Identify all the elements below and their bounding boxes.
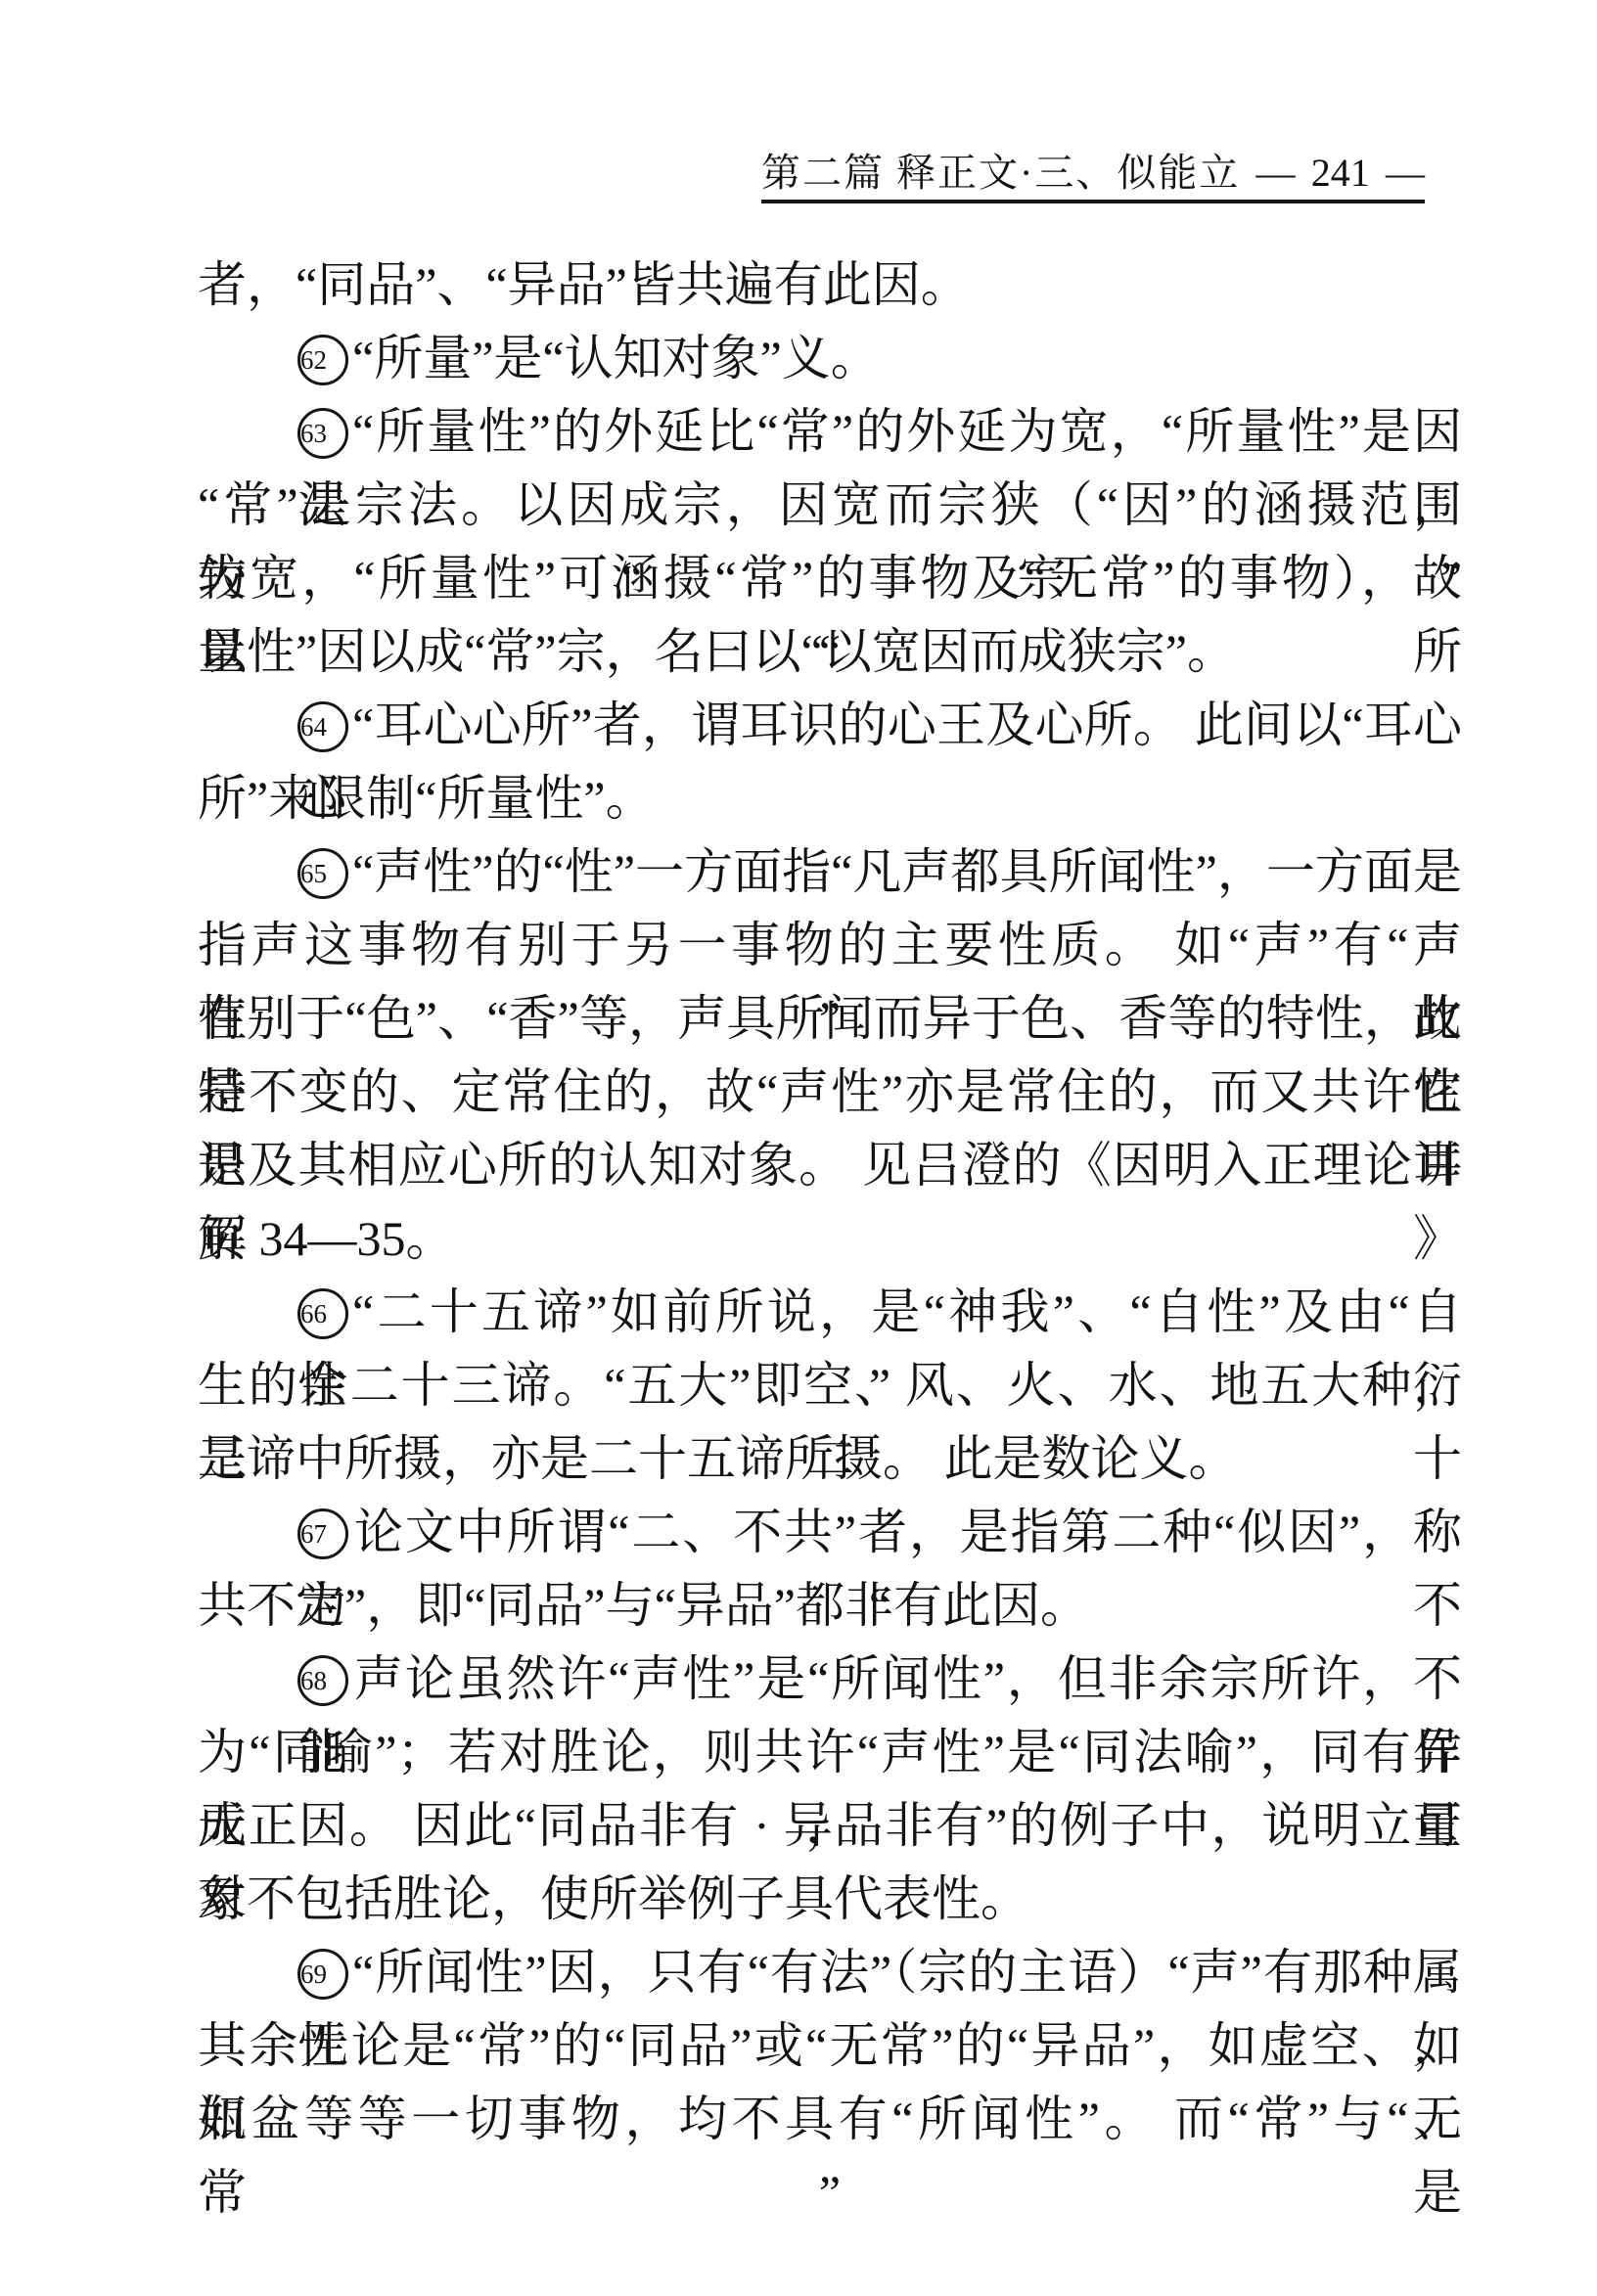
footnote-number-badge: 65	[297, 848, 348, 899]
text-line: 65“声性”的“性”一方面指“凡声都具所闻性”，一方面是	[198, 835, 1462, 909]
page-number: 241	[1311, 153, 1370, 194]
text-line: 62“所量”是“认知对象”义。	[198, 322, 1462, 395]
text-line-content: 共不定”，即“同品”与“异品”都非有此因。	[198, 1578, 1089, 1633]
text-line-content: 象不包括胜论，使所举例子具代表性。	[198, 1871, 1029, 1926]
text-line: 69“所闻性”因，只有“有法”（宗的主语）“声”有那种属性，	[198, 1936, 1462, 2009]
text-line: “常”是宗法。以因成宗，因宽而宗狭（“因”的涵摄范围较“宗”	[198, 469, 1462, 542]
text-line-content: 所”来限制“所量性”。	[198, 771, 655, 826]
text-line: 其余无论是“常”的“同品”或“无常”的“异品”，如虚空、如瓶、	[198, 2009, 1462, 2083]
text-line: 象不包括胜论，使所举例子具代表性。	[198, 1863, 1462, 1936]
section-title: 第二篇 释正文·三、似能立	[761, 153, 1240, 194]
text-line: 68声论虽然许“声性”是“所闻性”，但非余宗所许，不能作	[198, 1643, 1462, 1716]
text-line-content: “所量”是“认知对象”义。	[352, 331, 880, 385]
text-line: 为宽，“所量性”可涵摄“常”的事物及“无常”的事物），故以“所	[198, 542, 1462, 615]
text-line-content: 页 34—35。	[198, 1211, 455, 1266]
body-text: 者，“同品”、“异品”皆共遍有此因。 62“所量”是“认知对象”义。 63“所量…	[198, 248, 1462, 2156]
text-line: 识及其相应心所的认知对象。 见吕澄的《因明入正理论讲解》	[198, 1129, 1462, 1202]
text-line: 有别于“色”、“香”等，声具所闻而异于色、香等的特性，此特性	[198, 982, 1462, 1056]
text-line: 生的余二十三谛。“五大”即空、风、火、水、地五大种，是二十	[198, 1349, 1462, 1422]
footnote-number-badge: 69	[297, 1949, 348, 2000]
header-dash-right: —	[1386, 153, 1425, 194]
text-line: 是不变的、定常住的，故“声性”亦是常住的，而又共许它是耳	[198, 1056, 1462, 1129]
header-dash-left: —	[1256, 153, 1296, 194]
text-line-content: “声性”的“性”一方面指“凡声都具所闻性”，一方面是	[352, 844, 1462, 899]
text-line: 67论文中所谓“二、不共”者，是指第二种“似因”，称为“不	[198, 1496, 1462, 1569]
text-line-content: 量性”因以成“常”宗，名曰以“以宽因而成狭宗”。	[198, 624, 1236, 679]
footnote-number-badge: 67	[297, 1508, 348, 1559]
book-page: 第二篇 释正文·三、似能立 — 241 — 者，“同品”、“异品”皆共遍有此因。…	[0, 0, 1597, 2296]
text-line: 如盆等等一切事物，均不具有“所闻性”。 而“常”与“无常”是	[198, 2083, 1462, 2156]
text-line: 指声这事物有别于另一事物的主要性质。 如“声”有“声性”故	[198, 909, 1462, 982]
footnote-number-badge: 66	[297, 1288, 348, 1339]
text-line: 63“所量性”的外延比“常”的外延为宽，“所量性”是因法，	[198, 395, 1462, 469]
text-line-content: 如盆等等一切事物，均不具有“所闻性”。 而“常”与“无常”是	[198, 2092, 1462, 2220]
footnote-number-badge: 62	[297, 335, 348, 385]
text-line-content: 三谛中所摄，亦是二十五谛所摄。 此是数论义。	[198, 1431, 1238, 1486]
text-line-content: 者，“同品”、“异品”皆共遍有此因。	[198, 257, 970, 312]
footnote-number-badge: 68	[297, 1655, 348, 1706]
text-line: 66“二十五谛”如前所说，是“神我”、“自性”及由“自性”衍	[198, 1276, 1462, 1349]
text-line: 成正因。 因此“同品非有 · 异品非有”的例子中，说明立量对	[198, 1789, 1462, 1863]
text-line: 为“同喻”；若对胜论，则共许“声性”是“同法喻”，同有异无，可	[198, 1716, 1462, 1789]
text-line: 64“耳心心所”者，谓耳识的心王及心所。 此间以“耳心心	[198, 689, 1462, 762]
text-line: 者，“同品”、“异品”皆共遍有此因。	[198, 248, 1462, 322]
running-header: 第二篇 释正文·三、似能立 — 241 —	[761, 153, 1425, 203]
footnote-number-badge: 64	[297, 701, 348, 752]
text-line: 所”来限制“所量性”。	[198, 762, 1462, 835]
footnote-number-badge: 63	[297, 408, 348, 459]
